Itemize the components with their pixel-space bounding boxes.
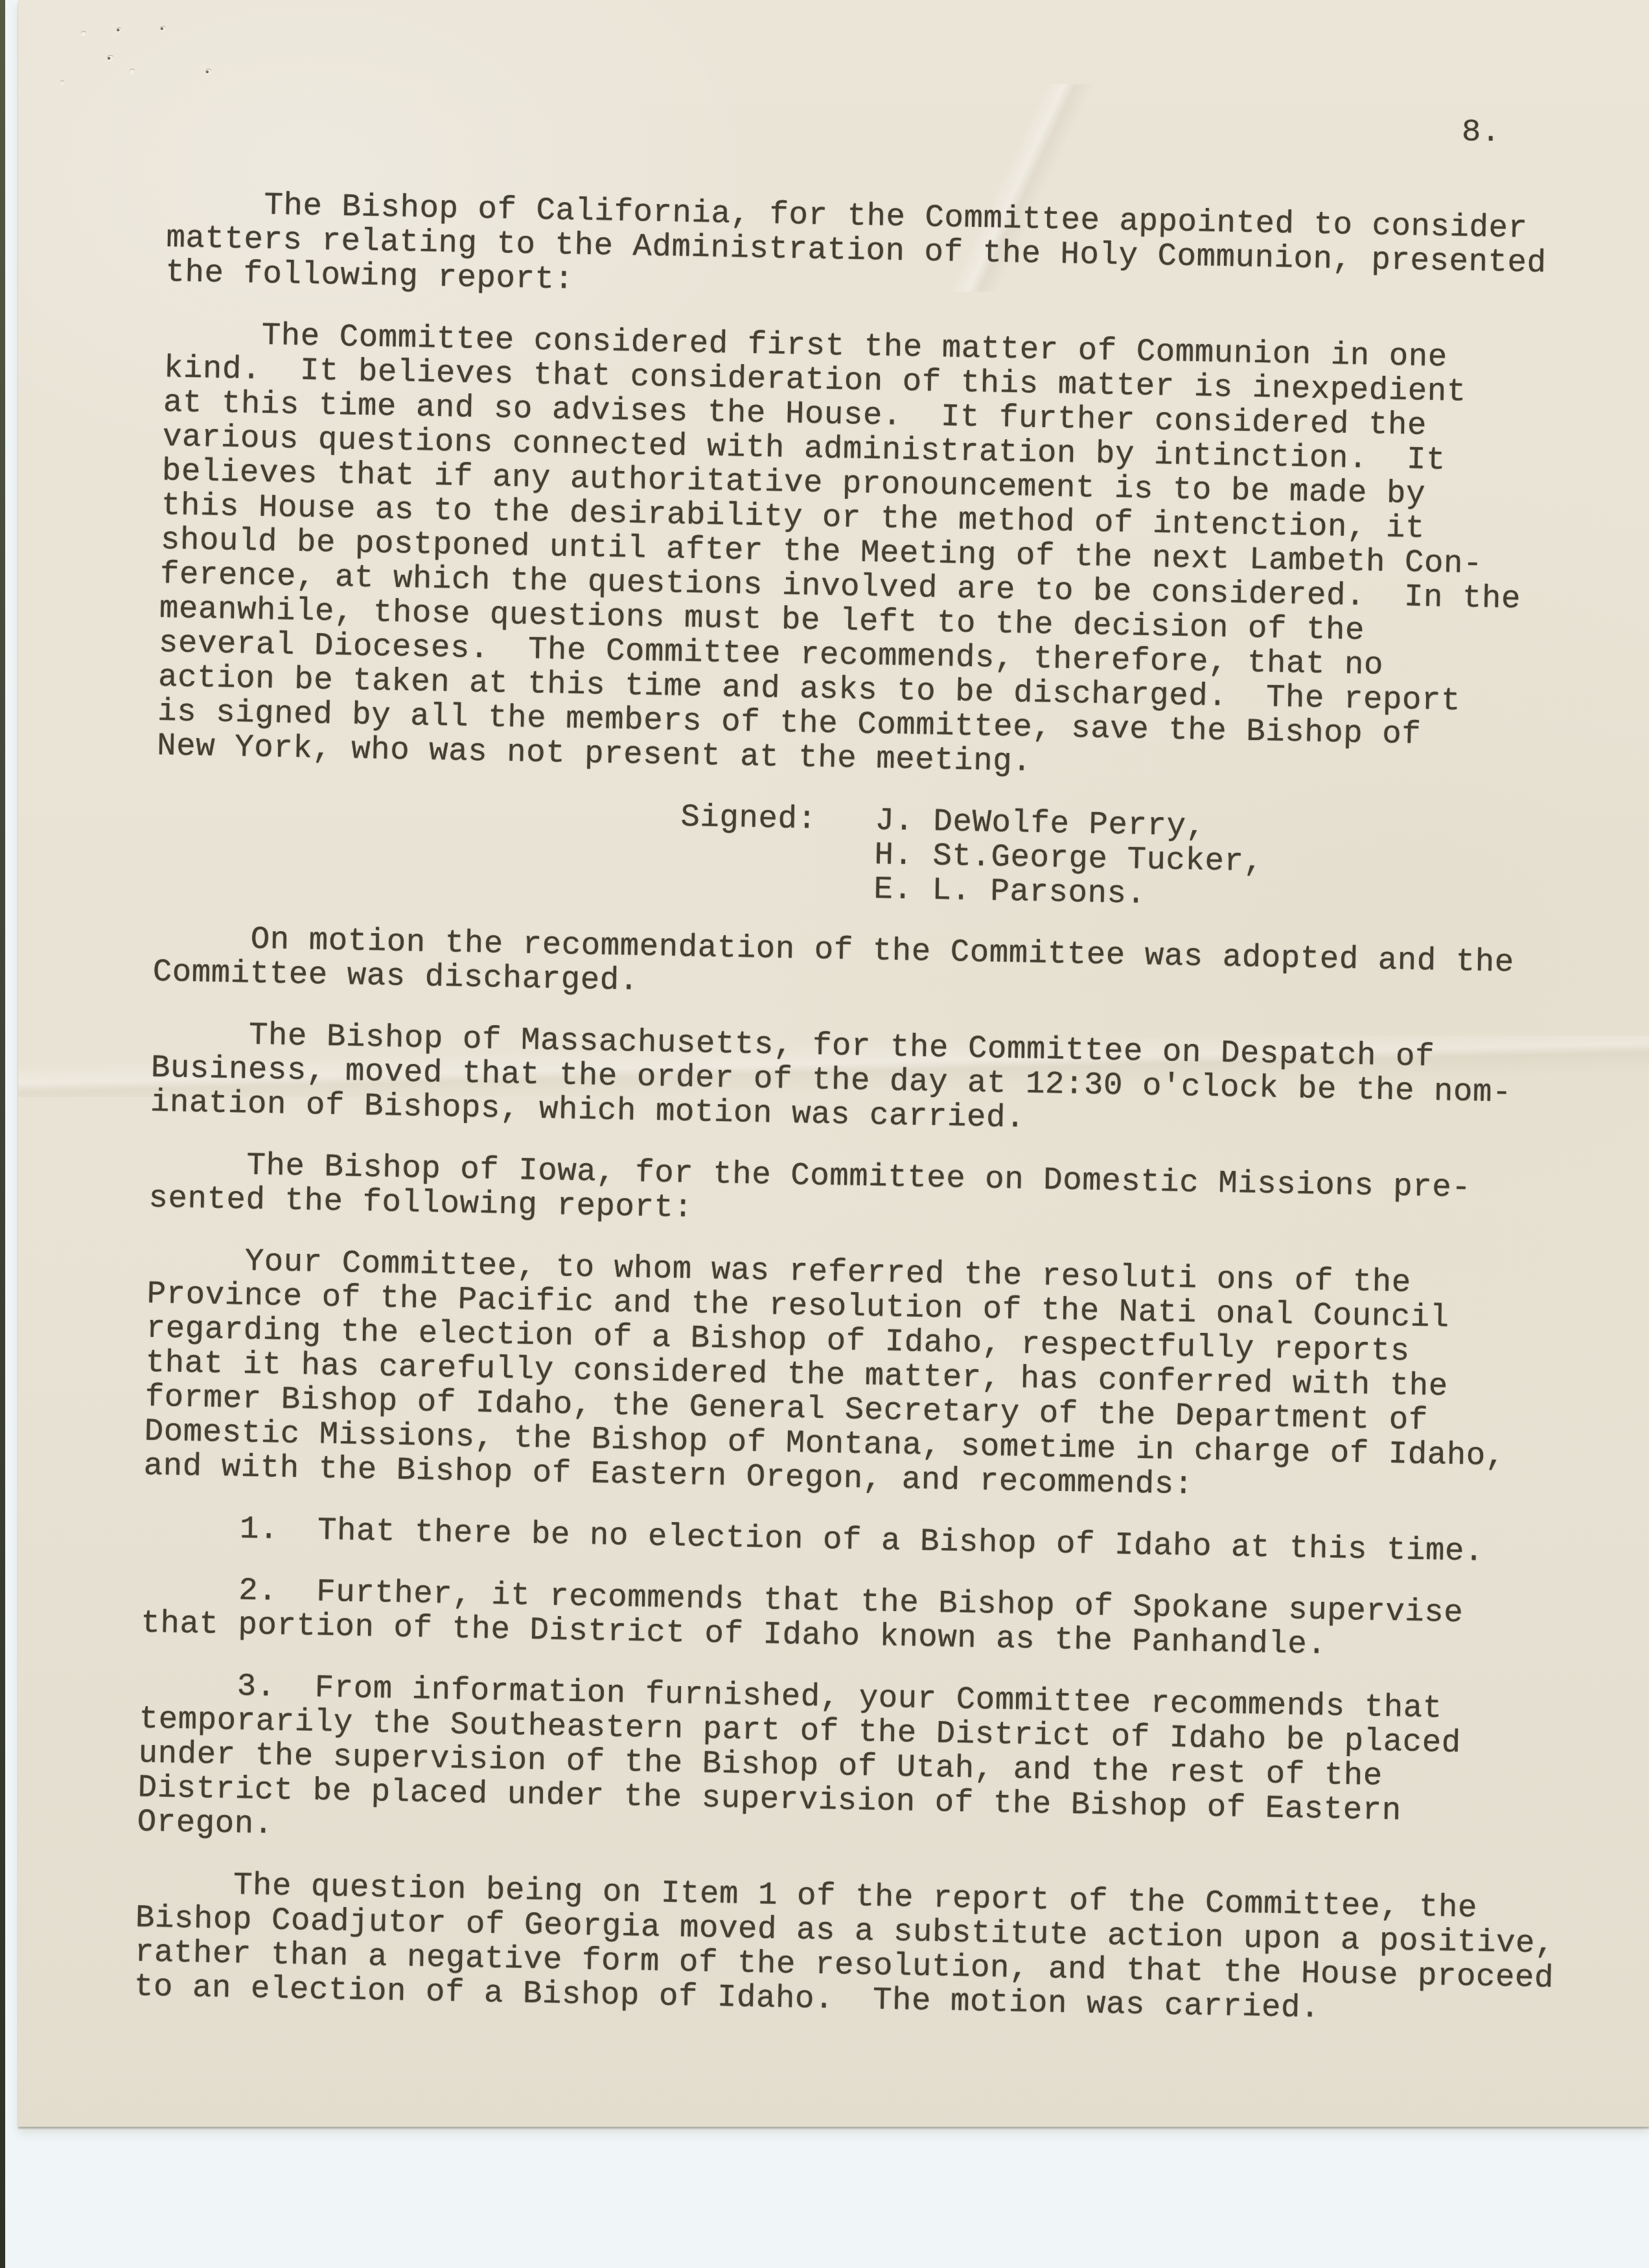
- paragraph-idaho-report: Your Committee, to whom was referred the…: [143, 1243, 1608, 1510]
- paper-damage-speck: [117, 27, 121, 32]
- typed-text-layer: The Bishop of California, for the Commit…: [133, 187, 1628, 2058]
- paper-damage-speck: [130, 69, 135, 74]
- paragraph-motion-adopted: On motion the recommendation of the Comm…: [152, 921, 1615, 1016]
- report-item-2: 2. Further, it recommends that the Bisho…: [141, 1572, 1603, 1667]
- report-item-1: 1. That there be no election of a Bishop…: [143, 1510, 1604, 1571]
- paper-damage-speck: [107, 55, 113, 60]
- paragraph-substitute-motion: The question being on Item 1 of the repo…: [134, 1867, 1598, 2031]
- paper-sheet: 8. The Bishop of California, for the Com…: [18, 0, 1649, 2127]
- paragraph-communion-report: The Committee considered first the matte…: [157, 317, 1626, 790]
- paper-damage-speck: [81, 31, 86, 35]
- signature-block: Signed: J. DeWolfe Perry, H. St.George T…: [154, 791, 1617, 920]
- report-item-3: 3. From information furnished, your Comm…: [137, 1668, 1600, 1866]
- paragraph-california-committee: The Bishop of California, for the Commit…: [165, 187, 1628, 316]
- paper-damage-speck: [60, 80, 64, 84]
- page-number: 8.: [1462, 115, 1501, 150]
- paper-damage-speck: [205, 69, 211, 74]
- paper-damage-speck: [160, 26, 166, 30]
- paragraph-iowa-domestic-missions: The Bishop of Iowa, for the Committee on…: [148, 1147, 1611, 1242]
- scanner-edge-strip: [0, 0, 5, 2268]
- scanned-document: 8. The Bishop of California, for the Com…: [0, 0, 1649, 2268]
- paragraph-massachusetts-despatch: The Bishop of Massachusetts, for the Com…: [150, 1017, 1613, 1146]
